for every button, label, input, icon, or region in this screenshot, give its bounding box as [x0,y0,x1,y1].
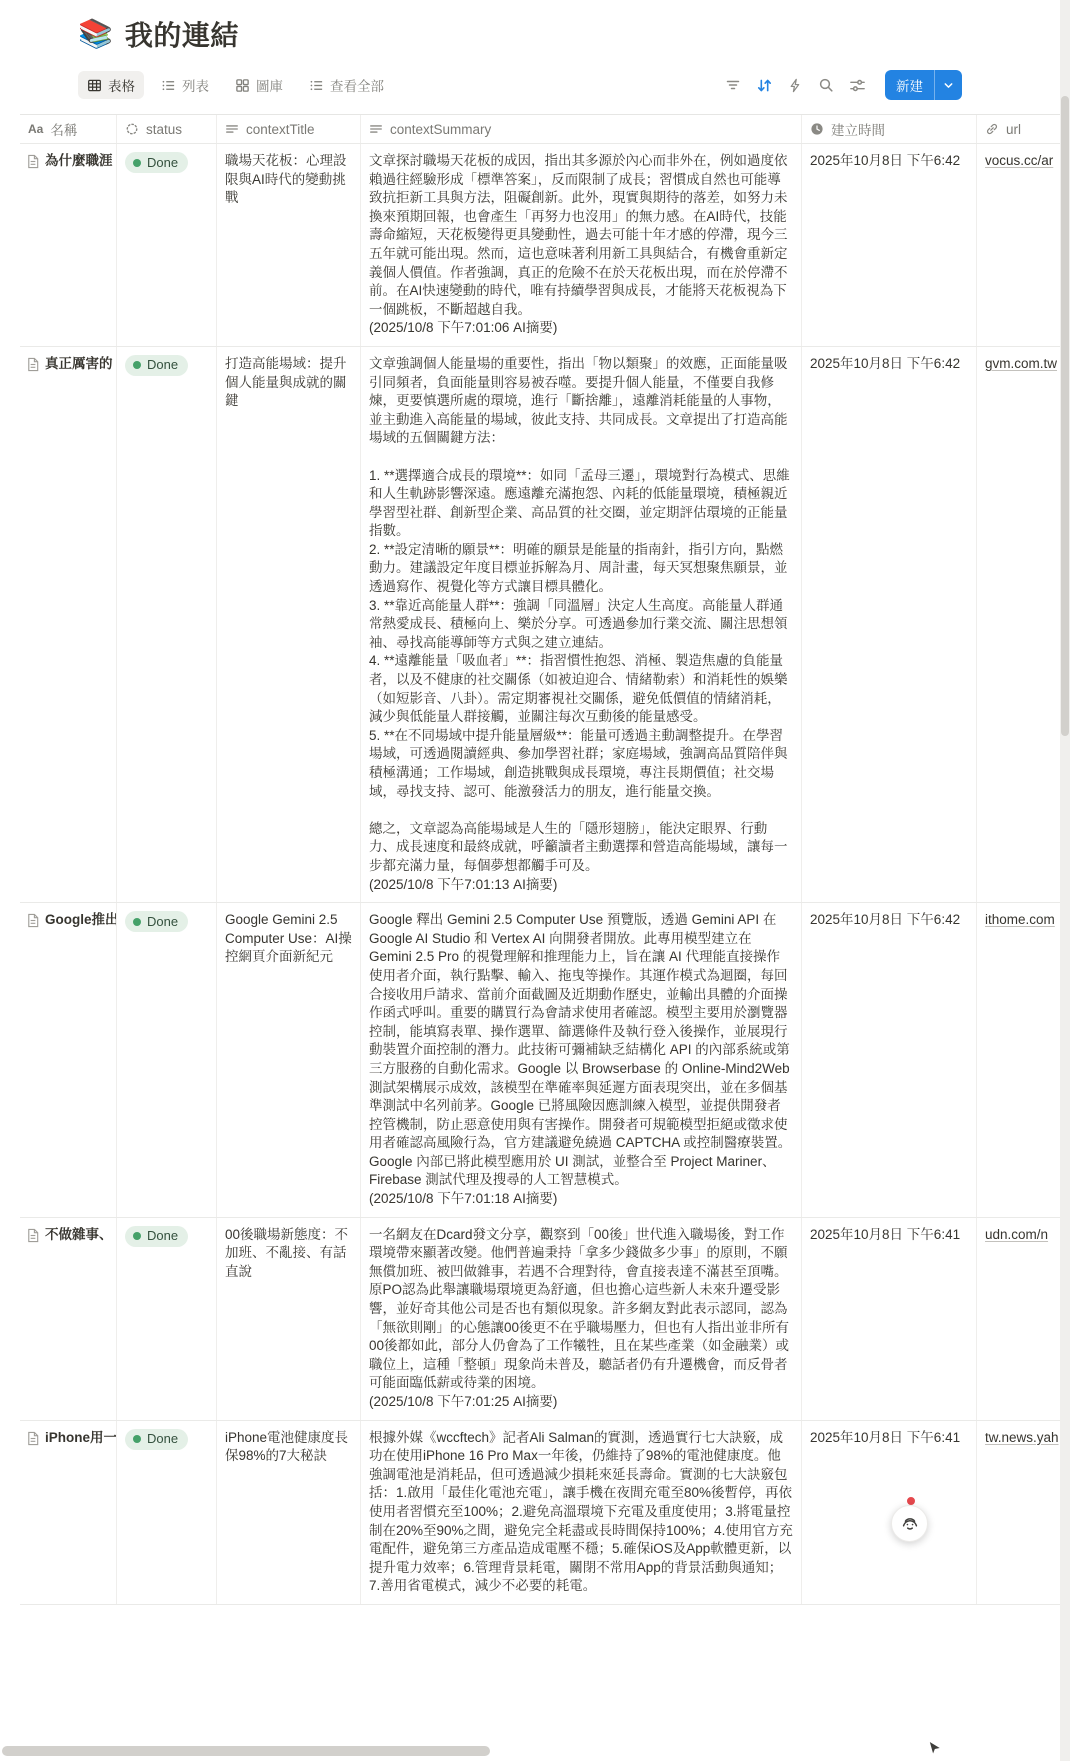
page-title: 我的連結 [125,14,239,54]
url-cell[interactable]: ithome.com [976,903,1062,1217]
column-label: 名稱 [50,119,77,139]
tab-label: 圖庫 [256,75,283,95]
tab-label: 列表 [182,75,209,95]
search-icon[interactable] [817,76,835,94]
status-badge[interactable]: Done [125,911,188,932]
status-cell[interactable]: Done [116,1218,216,1420]
table-row[interactable]: 真正厲害的 Done 打造高能場域：提升個人能量與成就的關鍵 文章強調個人能量場… [20,347,1062,903]
gallery-icon [235,78,250,93]
column-label: contextSummary [390,122,491,137]
url-cell[interactable]: udn.com/n [976,1218,1062,1420]
context-summary-cell[interactable]: 一名網友在Dcard發文分享，觀察到「00後」世代進入職場後，對工作環境帶來顯著… [360,1218,801,1420]
assistant-face-icon [899,1513,921,1535]
filter-icon[interactable] [724,76,742,94]
status-dot [133,1435,141,1443]
list-icon [161,78,176,93]
new-button-label: 新建 [885,70,934,100]
column-header-url[interactable]: url [976,115,1062,143]
status-label: Done [147,1431,178,1447]
row-name: iPhone用一 [45,1429,116,1448]
page-icon [26,154,40,169]
row-name: 為什麼職涯 [45,152,113,171]
tab-label: 表格 [108,75,135,95]
context-summary-cell[interactable]: Google 釋出 Gemini 2.5 Computer Use 預覽版，透過… [360,903,801,1217]
mouse-cursor [928,1740,941,1761]
page-header: 📚 我的連結 [0,0,1070,54]
page-icon [26,357,40,372]
column-header-name[interactable]: Aa 名稱 [20,115,116,143]
status-badge[interactable]: Done [125,355,188,376]
created-time-cell[interactable]: 2025年10月8日 下午6:42 [801,347,976,902]
context-title-cell[interactable]: iPhone電池健康度長保98%的7大秘訣 [216,1421,360,1604]
status-dot [133,361,141,369]
status-cell[interactable]: Done [116,144,216,346]
context-title-cell[interactable]: 職場天花板：心理設限與AI時代的變動挑戰 [216,144,360,346]
page-icon [26,913,40,928]
status-icon [125,122,139,136]
tab-gallery[interactable]: 圖庫 [226,71,292,99]
column-header-created[interactable]: 建立時間 [801,115,976,143]
books-emoji: 📚 [78,17,113,51]
horizontal-scrollbar-thumb[interactable] [2,1746,490,1756]
text-lines-icon [369,122,383,136]
tab-list[interactable]: 列表 [152,71,218,99]
status-badge[interactable]: Done [125,152,188,173]
table-row[interactable]: 不做雜事、 Done 00後職場新態度：不加班、不亂接、有話直說 一名網友在Dc… [20,1218,1062,1421]
row-name: 不做雜事、 [45,1226,113,1245]
name-cell[interactable]: 為什麼職涯 [20,144,116,346]
page-icon [26,1431,40,1446]
table-row[interactable]: Google推出 Done Google Gemini 2.5 Computer… [20,903,1062,1218]
status-cell[interactable]: Done [116,347,216,902]
context-title-cell[interactable]: 打造高能場域：提升個人能量與成就的關鍵 [216,347,360,902]
tab-label: 查看全部 [330,75,384,95]
created-time-cell[interactable]: 2025年10月8日 下午6:41 [801,1218,976,1420]
column-label: contextTitle [246,122,315,137]
column-label: url [1006,122,1021,137]
link-icon [985,122,999,136]
name-cell[interactable]: 不做雜事、 [20,1218,116,1420]
status-dot [133,918,141,926]
tab-view-all[interactable]: 查看全部 [300,71,393,99]
status-badge[interactable]: Done [125,1226,188,1247]
view-settings-icon[interactable] [848,76,866,94]
context-title-cell[interactable]: Google Gemini 2.5 Computer Use：AI操控網頁介面新… [216,903,360,1217]
name-cell[interactable]: 真正厲害的 [20,347,116,902]
created-time-cell[interactable]: 2025年10月8日 下午6:42 [801,903,976,1217]
text-lines-icon [225,122,239,136]
status-dot [133,1232,141,1240]
table-header-row: Aa 名稱 status contextTitle contextSummary… [20,115,1062,144]
text-aa-icon: Aa [28,122,43,136]
new-button[interactable]: 新建 [885,70,962,100]
status-cell[interactable]: Done [116,1421,216,1604]
view-tabbar: 表格 列表 圖庫 查看全部 新建 [78,70,1070,100]
table-icon [87,78,102,93]
name-cell[interactable]: Google推出 [20,903,116,1217]
status-label: Done [147,357,178,373]
sort-icon[interactable] [755,76,773,94]
url-link[interactable]: tw.news.yah [985,1430,1059,1445]
page-icon [26,1228,40,1243]
column-header-contexttitle[interactable]: contextTitle [216,115,360,143]
status-label: Done [147,155,178,171]
vertical-scrollbar-thumb[interactable] [1061,96,1069,736]
status-dot [133,159,141,167]
status-label: Done [147,914,178,930]
toolbar-actions: 新建 [724,70,962,100]
column-label: 建立時間 [831,119,885,139]
table-row[interactable]: 為什麼職涯 Done 職場天花板：心理設限與AI時代的變動挑戰 文章探討職場天花… [20,144,1062,347]
context-summary-cell[interactable]: 文章強調個人能量場的重要性，指出「物以類聚」的效應，正面能量吸引同頻者，負面能量… [360,347,801,902]
name-cell[interactable]: iPhone用一 [20,1421,116,1604]
row-name: Google推出 [45,911,116,930]
status-label: Done [147,1228,178,1244]
created-time-cell[interactable]: 2025年10月8日 下午6:42 [801,144,976,346]
assistant-fab-button[interactable] [891,1505,928,1542]
list-icon [309,78,324,93]
status-badge[interactable]: Done [125,1429,188,1450]
url-link[interactable]: vocus.cc/ar [985,153,1053,168]
context-summary-cell[interactable]: 根據外媒《wccftech》記者Ali Salman的實測，透過實行七大訣竅，成… [360,1421,801,1604]
automation-bolt-icon[interactable] [786,76,804,94]
row-name: 真正厲害的 [45,355,113,374]
created-time-cell[interactable]: 2025年10月8日 下午6:41 [801,1421,976,1604]
links-table: Aa 名稱 status contextTitle contextSummary… [20,114,1062,1605]
column-header-contextsummary[interactable]: contextSummary [360,115,801,143]
url-cell[interactable]: vocus.cc/ar [976,144,1062,346]
column-label: status [146,122,182,137]
context-title-cell[interactable]: 00後職場新態度：不加班、不亂接、有話直說 [216,1218,360,1420]
url-link[interactable]: gvm.com.tw [985,356,1057,371]
column-header-status[interactable]: status [116,115,216,143]
status-cell[interactable]: Done [116,903,216,1217]
tab-table[interactable]: 表格 [78,71,144,99]
url-cell[interactable]: tw.news.yah [976,1421,1062,1604]
url-link[interactable]: udn.com/n [985,1227,1048,1242]
url-link[interactable]: ithome.com [985,912,1055,927]
clock-icon [810,122,824,136]
context-summary-cell[interactable]: 文章探討職場天花板的成因，指出其多源於內心而非外在，例如過度依賴過往經驗形成「標… [360,144,801,346]
chevron-down-icon[interactable] [934,70,962,100]
url-cell[interactable]: gvm.com.tw [976,347,1062,902]
